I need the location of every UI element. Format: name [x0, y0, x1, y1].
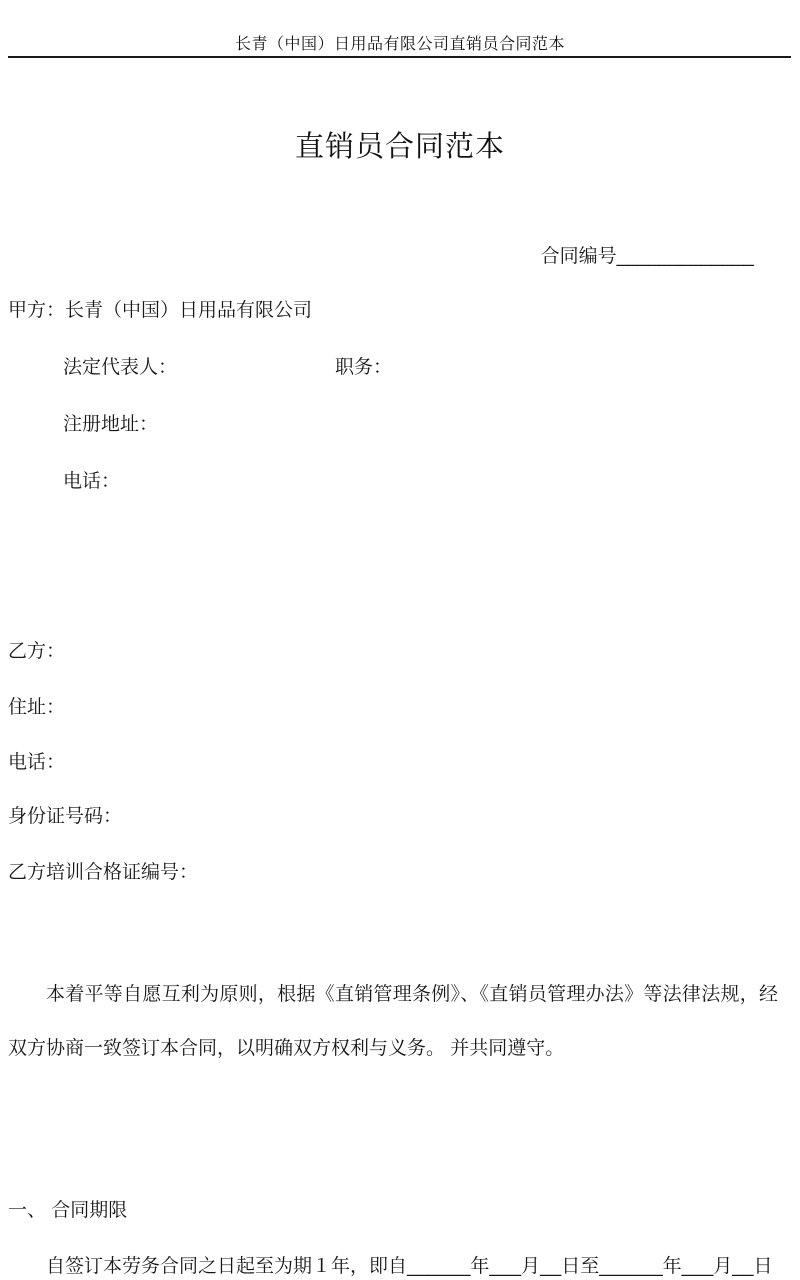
- party-b-label: 乙方：: [8, 640, 65, 664]
- registered-address-label: 注册地址：: [63, 413, 158, 437]
- contract-number-line: 合同编号_____________: [541, 245, 754, 269]
- party-b-phone-label: 电话：: [8, 751, 65, 775]
- party-b-training-cert-label: 乙方培训合格证编号：: [8, 861, 198, 885]
- page-header-running-title: 长青（中国）日用品有限公司直销员合同范本: [0, 31, 800, 54]
- document-title: 直销员合同范本: [0, 124, 800, 165]
- contract-term-line: 自签订本劳务合同之日起至为期１年，即自______年___月__日至______…: [8, 1255, 772, 1279]
- section-1-heading: 一、 合同期限: [8, 1199, 127, 1223]
- party-b-address-label: 住址：: [8, 696, 65, 720]
- contract-document-page: 长青（中国）日用品有限公司直销员合同范本 直销员合同范本 合同编号_______…: [0, 0, 800, 1280]
- header-divider-rule: [8, 56, 791, 58]
- contract-preamble-paragraph: 本着平等自愿互利为原则，根据《直销管理条例》、《直销员管理办法》等法律法规，经双…: [8, 968, 778, 1076]
- legal-representative-label: 法定代表人：: [63, 357, 177, 378]
- party-a-line: 甲方：长青（中国）日用品有限公司: [8, 299, 312, 323]
- position-label: 职务：: [335, 356, 392, 380]
- party-b-id-number-label: 身份证号码：: [8, 805, 122, 829]
- party-a-phone-label: 电话：: [63, 470, 120, 494]
- legal-representative-row: 法定代表人： 职务：: [63, 356, 563, 380]
